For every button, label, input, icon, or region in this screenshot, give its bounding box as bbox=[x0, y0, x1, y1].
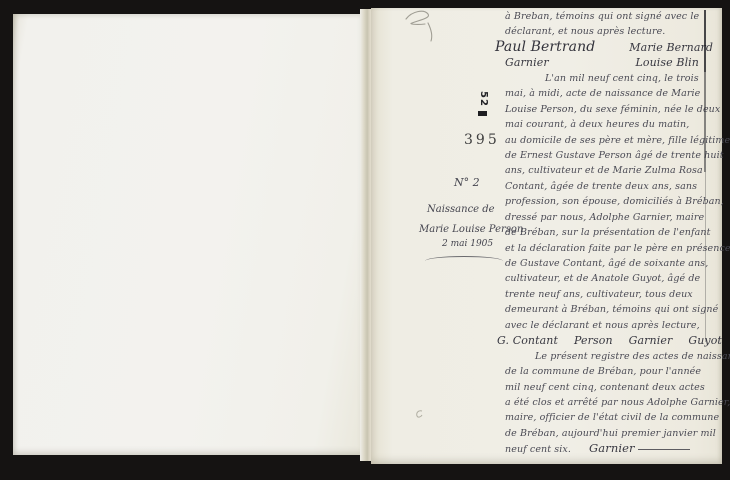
manuscript-line: profession, son épouse, domiciliés à Bré… bbox=[505, 194, 713, 209]
manuscript-line: L'an mil neuf cent cinq, le trois bbox=[505, 71, 713, 86]
register-scan: 52 395 N° 2 Naissance de Marie Louise Pe… bbox=[0, 0, 730, 480]
right-margin-rule bbox=[704, 72, 706, 172]
manuscript-line: ans, cultivateur et de Marie Zulma Rosa bbox=[505, 163, 713, 178]
signature: G. Contant bbox=[497, 333, 558, 348]
manuscript-line: et la déclaration faite par le père en p… bbox=[505, 241, 713, 256]
signature: Paul Bertrand bbox=[495, 40, 595, 55]
manuscript-line: cultivateur, et de Anatole Guyot, âgé de bbox=[505, 271, 713, 286]
manuscript-line: Louise Person, du sexe féminin, née le d… bbox=[505, 102, 713, 117]
manuscript-overlay: 52 395 N° 2 Naissance de Marie Louise Pe… bbox=[0, 0, 730, 480]
margin-act-number: N° 2 bbox=[454, 176, 480, 189]
manuscript-text-column: à Breban, témoins qui ont signé avec le … bbox=[505, 9, 713, 457]
right-margin-rule bbox=[705, 172, 706, 342]
manuscript-line: de Ernest Gustave Person âgé de trente h… bbox=[505, 148, 713, 163]
pencil-mark bbox=[413, 408, 427, 420]
manuscript-line: de la commune de Bréban, pour l'année bbox=[505, 364, 713, 379]
manuscript-line: a été clos et arrêté par nous Adolphe Ga… bbox=[505, 395, 713, 410]
manuscript-line: avec le déclarant et nous après lecture, bbox=[505, 318, 713, 333]
pencil-scribble bbox=[398, 5, 453, 45]
right-margin-rule bbox=[704, 10, 706, 72]
signature: Garnier bbox=[629, 333, 673, 348]
signature: Louise Blin bbox=[636, 55, 700, 70]
signature-flourish bbox=[638, 449, 690, 450]
manuscript-line: demeurant à Bréban, témoins qui ont sign… bbox=[505, 302, 713, 317]
manuscript-line: à Breban, témoins qui ont signé avec le bbox=[505, 9, 713, 24]
manuscript-line: de Gustave Contant, âgé de soixante ans, bbox=[505, 256, 713, 271]
manuscript-line: de Bréban, aujourd'hui premier janvier m… bbox=[505, 426, 713, 441]
signature: Marie Bernard bbox=[629, 40, 713, 55]
signature: Garnier bbox=[505, 55, 549, 70]
manuscript-line: mil neuf cent cinq, contenant deux actes bbox=[505, 380, 713, 395]
manuscript-line: au domicile de ses père et mère, fille l… bbox=[505, 133, 713, 148]
manuscript-line: Contant, âgée de trente deux ans, sans bbox=[505, 179, 713, 194]
act-signature-row: G. Contant Person Garnier Guyot bbox=[497, 333, 713, 348]
manuscript-line: Le présent registre des actes de naissan… bbox=[505, 349, 713, 364]
page-number-stamp: 395 bbox=[464, 132, 500, 148]
manuscript-line: mai courant, à deux heures du matin, bbox=[505, 117, 713, 132]
manuscript-line: maire, officier de l'état civil de la co… bbox=[505, 410, 713, 425]
witness-signature-row: Paul Bertrand Marie Bernard bbox=[505, 40, 713, 55]
manuscript-text: neuf cent six. bbox=[505, 444, 571, 455]
manuscript-line: déclarant, et nous après lecture. bbox=[505, 24, 713, 39]
margin-note-underline bbox=[425, 256, 503, 261]
witness-signature-row: Garnier Louise Blin bbox=[505, 55, 713, 70]
manuscript-line: de Bréban, sur la présentation de l'enfa… bbox=[505, 225, 713, 240]
manuscript-line: trente neuf ans, cultivateur, tous deux bbox=[505, 287, 713, 302]
folio-number-stamp: 52 bbox=[469, 91, 489, 105]
closure-line-with-signature: neuf cent six.Garnier bbox=[505, 441, 713, 456]
mayor-signature: Garnier bbox=[589, 441, 635, 455]
manuscript-line: dressé par nous, Adolphe Garnier, maire bbox=[505, 210, 713, 225]
margin-note-date: 2 mai 1905 bbox=[442, 239, 493, 249]
stamp-bar-mark bbox=[478, 111, 487, 116]
manuscript-line: mai, à midi, acte de naissance de Marie bbox=[505, 86, 713, 101]
signature: Person bbox=[574, 333, 613, 348]
margin-note-title: Naissance de bbox=[427, 204, 495, 215]
